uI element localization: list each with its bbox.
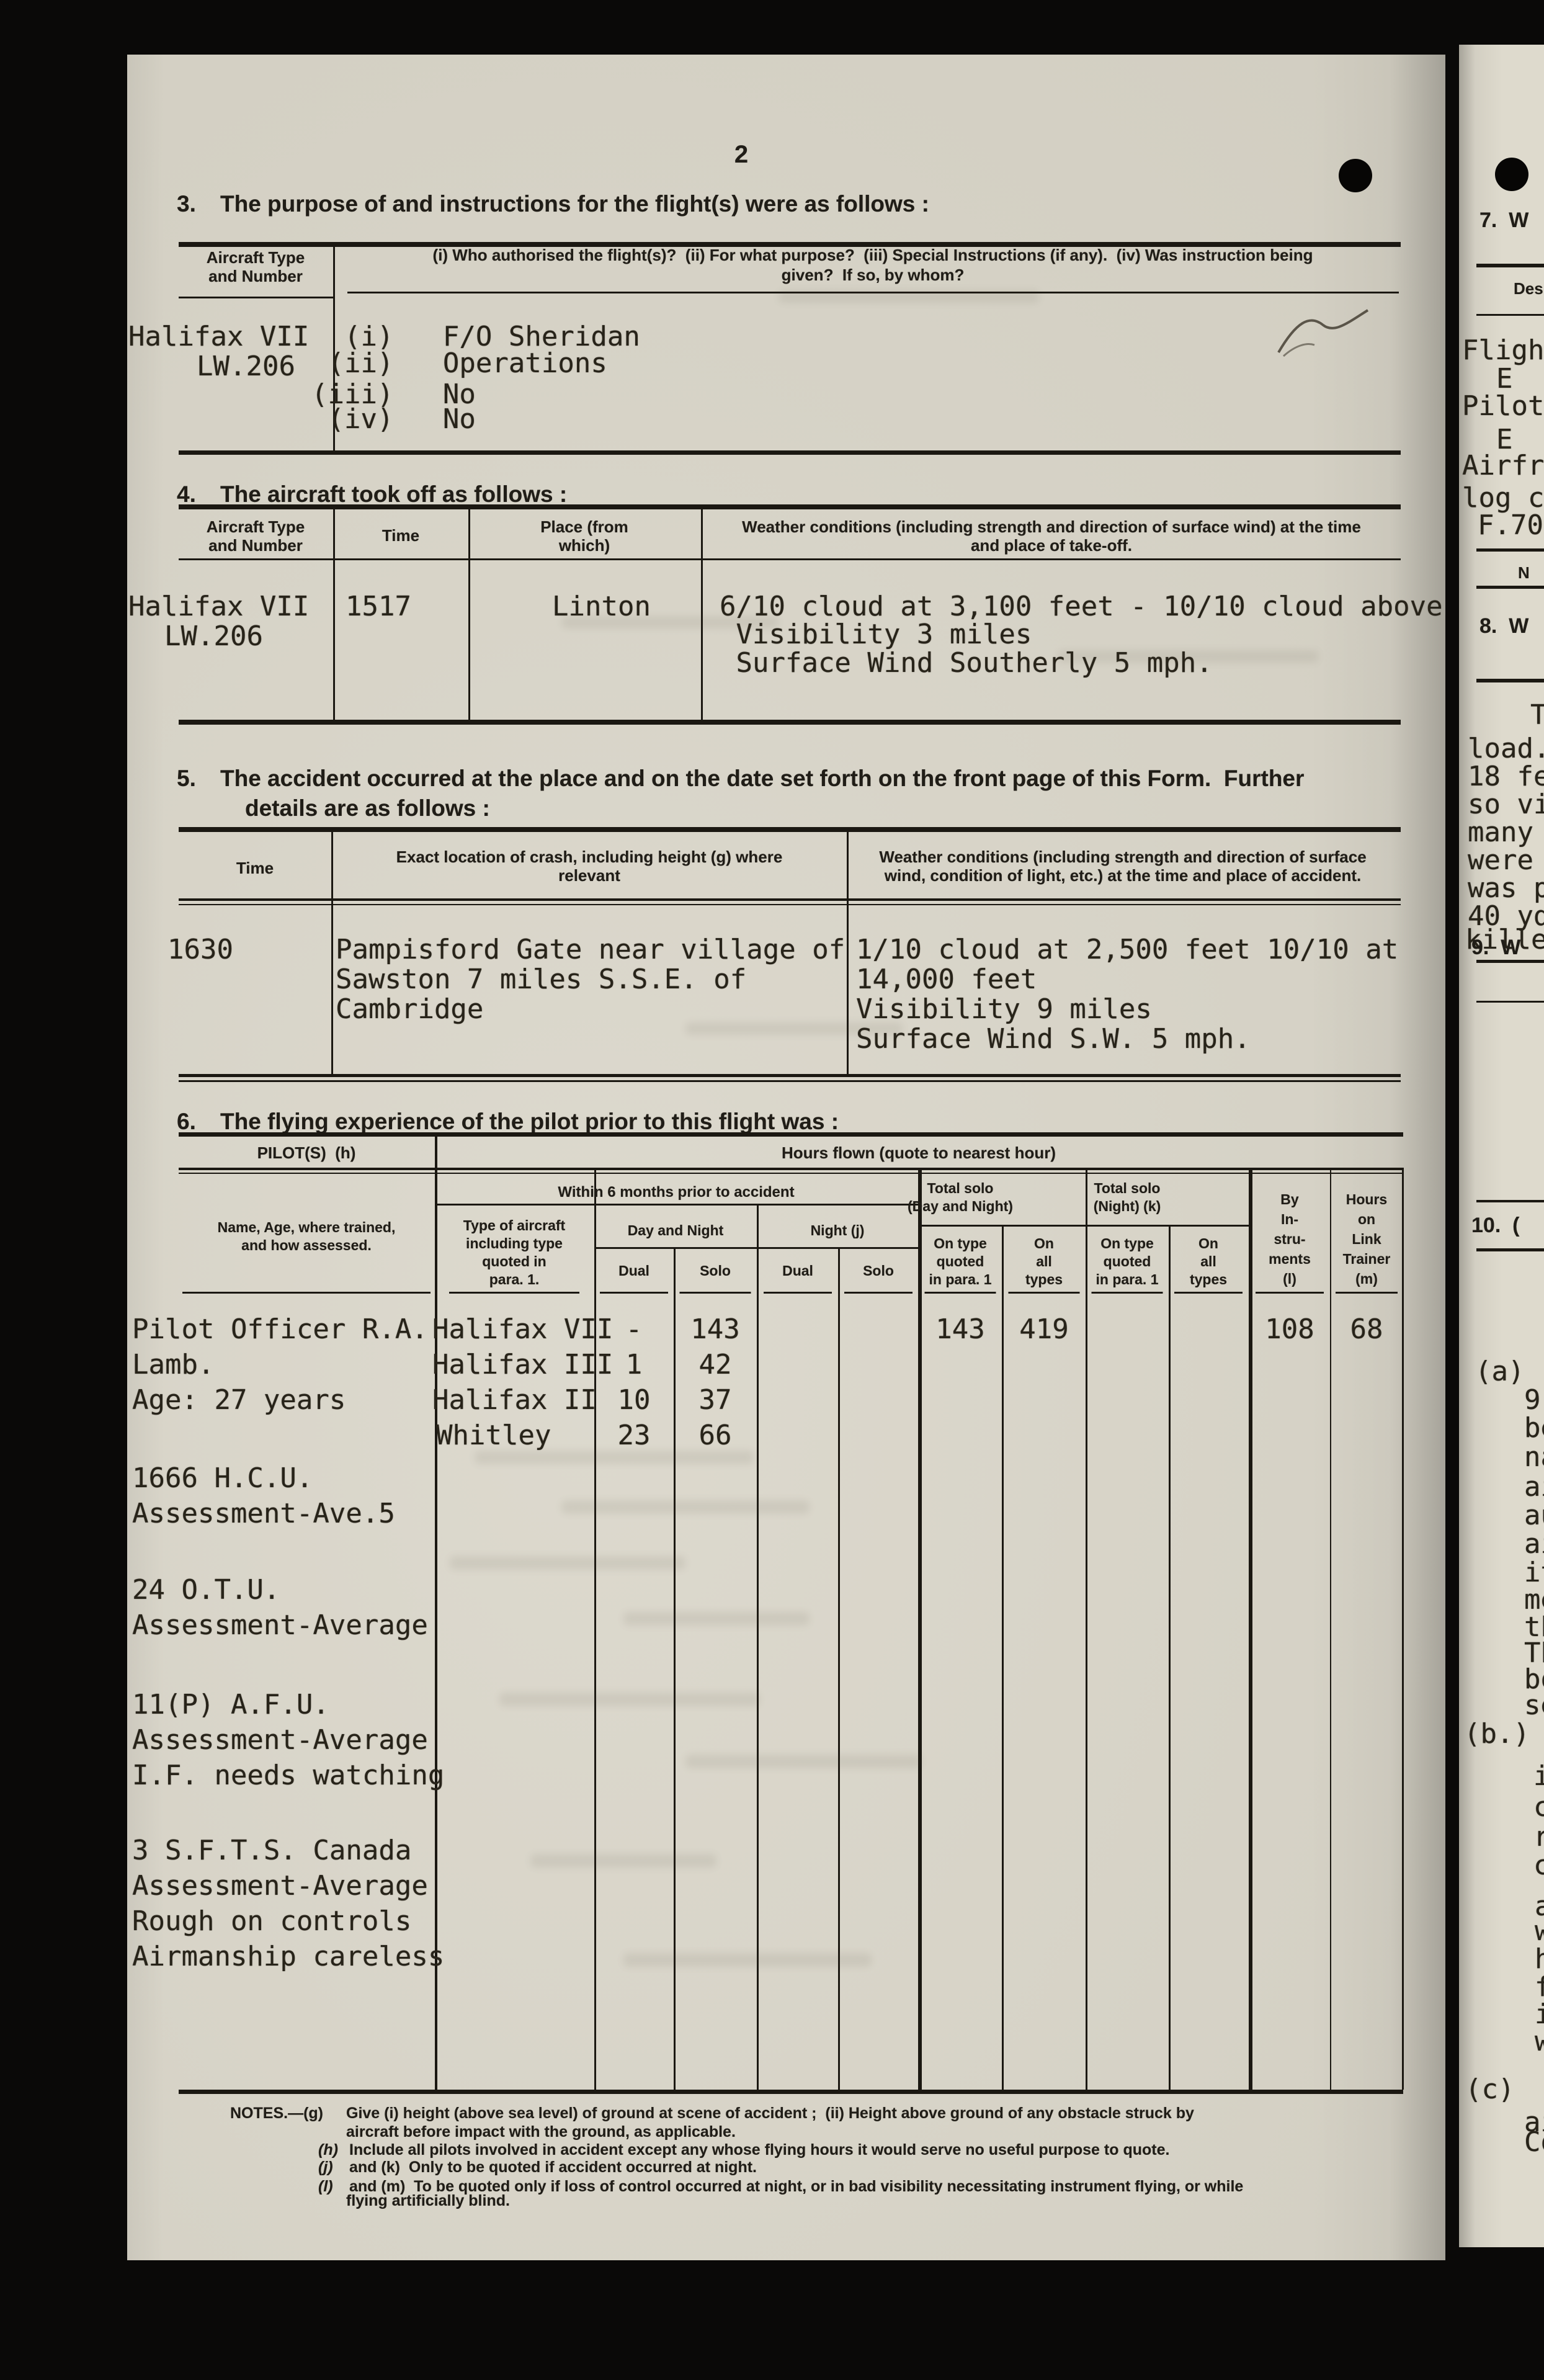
col-header: (Day and Night) (908, 1199, 1013, 1214)
col-header: Dual (782, 1263, 813, 1278)
page-edge-text-fragment: ai (1524, 1530, 1544, 1559)
section3-number: 3. (177, 192, 196, 217)
table-rule (179, 827, 1401, 832)
page-edge-text-fragment: 9. W (1471, 937, 1520, 959)
page-edge-text-fragment: was p (1468, 874, 1544, 903)
page-edge-text-fragment: Fligh (1462, 336, 1544, 365)
page-edge-text-fragment: E (1496, 365, 1513, 393)
page-edge-text-fragment: load. (1468, 735, 1544, 763)
col-header: Trainer (1343, 1251, 1391, 1266)
table-rule (179, 904, 1401, 905)
col-header: Time (382, 527, 419, 544)
table-rule (1009, 1292, 1080, 1294)
page-edge-text-fragment: me (1524, 1586, 1544, 1614)
page-edge-text-fragment: r (1533, 1823, 1544, 1851)
pilot-entry: Airmanship careless (132, 1943, 444, 1971)
page-edge-text-fragment: f (1535, 1973, 1544, 2002)
col-header: Total solo (927, 1181, 994, 1196)
page-edge-text-fragment: N (1518, 565, 1530, 581)
col-header: in para. 1 (1096, 1272, 1159, 1287)
col-header: On (1198, 1236, 1218, 1251)
table-rule (179, 1173, 1403, 1174)
table-rule (925, 1292, 996, 1294)
aircraft-type-entry: Halifax VII (128, 593, 309, 621)
col-header: (i) Who authorised the flight(s)? (ii) F… (433, 247, 1313, 264)
section4-heading: The aircraft took off as follows : (220, 483, 567, 507)
table-rule (1476, 264, 1544, 267)
page-edge-text-fragment: 8. W (1479, 615, 1528, 638)
col-header: which) (559, 537, 610, 554)
location-entry: Pampisford Gate near village of (336, 936, 845, 964)
section6-number: 6. (177, 1110, 196, 1134)
aircraft-number-entry: LW.206 (164, 622, 263, 651)
aircraft-type-cell: Halifax III (432, 1351, 613, 1379)
bleed-through-smudge (450, 1556, 685, 1570)
solo-hours-cell: 66 (699, 1421, 732, 1450)
table-rule (449, 1292, 579, 1294)
table-rule (600, 1292, 668, 1294)
aircraft-type-cell: Halifax II (432, 1386, 597, 1415)
table-rule (1476, 314, 1544, 316)
hole-punch-dot (1495, 158, 1528, 191)
aircraft-type-cell: Whitley (436, 1421, 551, 1450)
bleed-through-smudge (530, 1854, 716, 1868)
col-header: quoted in (482, 1254, 546, 1269)
table-rule (179, 2090, 1403, 2094)
col-header: stru- (1274, 1232, 1305, 1246)
page-edge-text-fragment: h (1535, 1945, 1544, 1974)
table-rule (594, 1168, 596, 2090)
notes-text: aircraft before impact with the ground, … (346, 2124, 736, 2140)
notes-label: NOTES.—(g) (230, 2105, 323, 2121)
pilot-entry: 11(P) A.F.U. (132, 1691, 329, 1719)
page-edge-text-fragment: c (1533, 1851, 1544, 1880)
page-edge-text-fragment: T (1530, 701, 1544, 730)
col-header: Within 6 months prior to accident (558, 1184, 794, 1200)
instrument-hours-cell: 108 (1265, 1315, 1314, 1344)
table-rule (680, 1292, 751, 1294)
table-rule (1092, 1292, 1163, 1294)
location-entry: Sawston 7 miles S.S.E. of (336, 965, 746, 994)
table-rule (1476, 1001, 1544, 1003)
notes-text: Include all pilots involved in accident … (349, 2142, 1169, 2158)
col-header: (Night) (k) (1094, 1199, 1161, 1214)
col-header: (m) (1355, 1271, 1378, 1286)
table-rule (1476, 1200, 1544, 1202)
page-edge-text-fragment: Pilot (1462, 392, 1544, 421)
col-header: all (1036, 1254, 1052, 1269)
col-header: Night (j) (811, 1223, 865, 1238)
page-edge-text-fragment: i (1533, 1762, 1544, 1791)
col-header: (l) (1283, 1271, 1296, 1286)
col-header: Total solo (1094, 1181, 1161, 1196)
page-edge-text-fragment: se (1524, 1691, 1544, 1720)
page-edge-text-fragment: Co (1524, 2128, 1544, 2157)
scanned-document: 2 3. The purpose of and instructions for… (0, 0, 1544, 2380)
col-header: On (1034, 1236, 1054, 1251)
col-header: On type (934, 1236, 987, 1251)
col-header: Name, Age, where trained, (218, 1220, 396, 1235)
aircraft-type-entry: Halifax VII (128, 323, 309, 351)
col-header: Solo (863, 1263, 894, 1278)
page-edge-text-fragment: were (1468, 846, 1533, 875)
table-rule (179, 558, 1401, 560)
time-entry: 1517 (346, 593, 411, 621)
col-header: Hours (1346, 1192, 1387, 1207)
col-header: Weather conditions (including strength a… (742, 519, 1361, 535)
page-edge-text-fragment: it (1524, 1559, 1544, 1587)
table-rule (468, 504, 470, 720)
col-header: in para. 1 (929, 1272, 992, 1287)
table-rule (918, 1225, 1086, 1227)
col-header: Dual (618, 1263, 649, 1278)
col-header: Aircraft Type (207, 519, 305, 535)
col-header: Exact location of crash, including heigh… (396, 849, 783, 866)
section3-heading: The purpose of and instructions for the … (220, 192, 929, 217)
dual-hours-cell: 1 (626, 1351, 643, 1379)
page-edge-text-fragment: Airfr (1462, 452, 1544, 480)
page-edge-text-fragment: so vi (1468, 790, 1544, 819)
col-header: relevant (558, 867, 620, 884)
notes-label: (h) (318, 2142, 338, 2158)
page-edge-text-fragment: Des (1514, 280, 1543, 297)
bleed-through-smudge (475, 1451, 754, 1464)
section5-number: 5. (177, 767, 196, 791)
table-rule (1476, 586, 1544, 589)
col-header: given? If so, by whom? (782, 267, 965, 284)
location-entry: Cambridge (336, 995, 483, 1024)
table-rule (331, 827, 333, 1074)
table-rule (1086, 1168, 1087, 2090)
page-edge-text-fragment: w (1535, 2028, 1544, 2056)
notes-text: and (k) Only to be quoted if accident oc… (349, 2159, 757, 2175)
dual-hours-cell: 10 (618, 1386, 651, 1415)
table-rule (179, 1074, 1401, 1077)
page-edge-text-fragment: au (1524, 1501, 1544, 1530)
table-rule (179, 898, 1401, 901)
notes-label: (l) (318, 2178, 333, 2194)
bleed-through-smudge (499, 1693, 760, 1706)
pilot-entry: I.F. needs watching (132, 1761, 444, 1790)
table-rule (179, 1132, 1403, 1137)
col-header: quoted (937, 1254, 984, 1269)
table-rule (179, 504, 1401, 509)
pilot-entry: Rough on controls (132, 1907, 411, 1936)
dual-hours-cell: 23 (618, 1421, 651, 1450)
table-rule (179, 297, 333, 298)
weather-entry: Surface Wind S.W. 5 mph. (856, 1025, 1251, 1054)
col-header: ments (1269, 1251, 1311, 1266)
notes-label: (j) (318, 2159, 333, 2175)
weather-entry: 6/10 cloud at 3,100 feet - 10/10 cloud a… (720, 593, 1443, 621)
col-header: and Number (208, 537, 303, 554)
col-header: wind, condition of light, etc.) at the t… (885, 867, 1362, 884)
bleed-through-smudge (685, 1755, 921, 1768)
form-page-2: 2 3. The purpose of and instructions for… (127, 55, 1445, 2260)
table-rule (1086, 1225, 1249, 1227)
col-header: and how assessed. (241, 1238, 372, 1253)
col-header: para. 1. (489, 1272, 540, 1287)
pilot-entry: Age: 27 years (132, 1386, 346, 1415)
col-header: Hours flown (quote to nearest hour) (782, 1145, 1056, 1161)
table-rule (1002, 1225, 1004, 2090)
pilot-entry: Assessment-Average (132, 1872, 428, 1900)
bleed-through-smudge (561, 1500, 810, 1514)
page-edge-text-fragment: log c (1462, 484, 1544, 512)
solo-hours-cell: 42 (699, 1351, 732, 1379)
col-header: types (1190, 1272, 1227, 1287)
pilot-entry: 3 S.F.T.S. Canada (132, 1836, 411, 1865)
table-rule (701, 504, 703, 720)
pilot-entry: Assessment-Average (132, 1611, 428, 1640)
page-number: 2 (734, 141, 748, 168)
page-edge-text-fragment: il (1535, 2000, 1544, 2029)
pilot-entry: 1666 H.C.U. (132, 1464, 313, 1493)
section5-heading: The accident occurred at the place and o… (220, 767, 1304, 791)
pilot-entry: Pilot Officer R.A. (132, 1315, 428, 1344)
table-rule (1256, 1292, 1324, 1294)
table-rule (594, 1247, 757, 1249)
link-trainer-hours-cell: 68 (1350, 1315, 1383, 1344)
total-solo-all-types-cell: 419 (1019, 1315, 1068, 1344)
pilot-entry: Assessment-Average (132, 1726, 428, 1755)
table-rule (435, 1204, 918, 1206)
page-edge-text-fragment: be (1524, 1414, 1544, 1443)
page-edge-text-fragment: (b.) (1464, 1720, 1530, 1748)
col-header: all (1200, 1254, 1216, 1269)
table-rule (333, 504, 335, 720)
bleed-through-smudge (623, 1953, 872, 1967)
table-rule (757, 1247, 918, 1249)
col-header: Solo (700, 1263, 731, 1278)
weather-entry: Visibility 9 miles (856, 995, 1152, 1024)
handwritten-tick (1275, 302, 1374, 364)
aircraft-type-cell: Halifax VII (432, 1315, 613, 1344)
page-edge-text-fragment: na (1524, 1443, 1544, 1472)
col-header: Link (1352, 1232, 1381, 1246)
page-edge-text-fragment: many (1468, 818, 1533, 847)
page-edge-text-fragment: 7. W (1479, 210, 1528, 232)
table-rule (844, 1292, 913, 1294)
col-header: types (1025, 1272, 1063, 1287)
section5-heading: details are as follows : (245, 797, 490, 821)
col-header: Weather conditions (including strength a… (879, 849, 1366, 866)
table-rule (1336, 1292, 1398, 1294)
weather-entry: 14,000 feet (856, 965, 1037, 994)
aircraft-number-entry: LW.206 (197, 352, 295, 381)
col-header: Place (from (540, 519, 628, 535)
pilot-entry: 24 O.T.U. (132, 1576, 280, 1604)
col-header: Time (236, 860, 274, 877)
weather-entry: 1/10 cloud at 2,500 feet 10/10 at (856, 936, 1398, 964)
hole-punch-dot (1339, 159, 1372, 192)
table-rule (1476, 1248, 1544, 1251)
table-rule (1330, 1168, 1331, 2090)
section4-number: 4. (177, 483, 196, 507)
col-header: By (1280, 1192, 1298, 1207)
table-rule (1476, 679, 1544, 682)
col-header: In- (1281, 1212, 1298, 1227)
page-edge-text-fragment: (c) (1465, 2075, 1514, 2104)
col-header: and place of take-off. (971, 537, 1132, 554)
col-header: including type (466, 1236, 563, 1251)
notes-text: Give (i) height (above sea level) of gro… (346, 2105, 1194, 2121)
total-solo-on-type-cell: 143 (935, 1315, 984, 1344)
col-header: and Number (208, 268, 303, 285)
table-rule (764, 1292, 832, 1294)
page-edge-text-fragment: (a) (1475, 1358, 1524, 1386)
col-header: On type (1100, 1236, 1154, 1251)
adjacent-page-edge: 7. W Des Fligh E Pilot E Airfr log c F.7… (1459, 45, 1544, 2247)
section6-heading: The flying experience of the pilot prior… (220, 1110, 839, 1134)
table-rule (847, 827, 849, 1074)
page-edge-text-fragment: ai (1524, 1473, 1544, 1501)
typed-entry: (ii) Operations (311, 349, 607, 378)
solo-hours-cell: 143 (690, 1315, 739, 1344)
col-header: Type of aircraft (463, 1218, 565, 1233)
table-rule (1249, 1168, 1252, 2090)
table-rule (179, 1080, 1401, 1082)
table-rule (1169, 1225, 1171, 2090)
table-rule (1174, 1292, 1243, 1294)
page-edge-text-fragment: c (1533, 1793, 1544, 1822)
table-rule (179, 450, 1401, 455)
col-header: quoted (1104, 1254, 1151, 1269)
page-edge-text-fragment: 18 fe (1468, 763, 1544, 791)
col-header: on (1358, 1212, 1375, 1227)
col-header: PILOT(S) (h) (257, 1145, 356, 1161)
bleed-through-smudge (779, 290, 1039, 303)
table-rule (1402, 1168, 1404, 2090)
bleed-through-smudge (685, 1022, 903, 1035)
table-rule (179, 720, 1401, 725)
table-rule (179, 1168, 1403, 1170)
table-rule (182, 1292, 431, 1294)
notes-text: flying artificially blind. (346, 2193, 510, 2209)
page-edge-text-fragment: 9 (1524, 1386, 1541, 1415)
col-header: Aircraft Type (207, 249, 305, 266)
col-header: Day and Night (628, 1223, 724, 1238)
page-edge-text-fragment: 10. ( (1471, 1215, 1519, 1237)
time-entry: 1630 (167, 936, 233, 964)
dual-hours-cell: - (626, 1315, 643, 1344)
table-rule (1476, 548, 1544, 552)
typed-entry: (iv) No (311, 405, 476, 434)
page-edge-text-fragment: F.70 (1478, 511, 1543, 540)
solo-hours-cell: 37 (699, 1386, 732, 1415)
table-rule (1476, 960, 1544, 963)
page-edge-text-fragment: w (1535, 1917, 1544, 1946)
pilot-entry: Assessment-Ave.5 (132, 1500, 395, 1528)
table-rule (918, 1168, 922, 2090)
bleed-through-smudge (1058, 650, 1318, 663)
bleed-through-smudge (561, 616, 779, 629)
bleed-through-smudge (623, 1612, 810, 1626)
pilot-entry: Lamb. (132, 1351, 214, 1379)
